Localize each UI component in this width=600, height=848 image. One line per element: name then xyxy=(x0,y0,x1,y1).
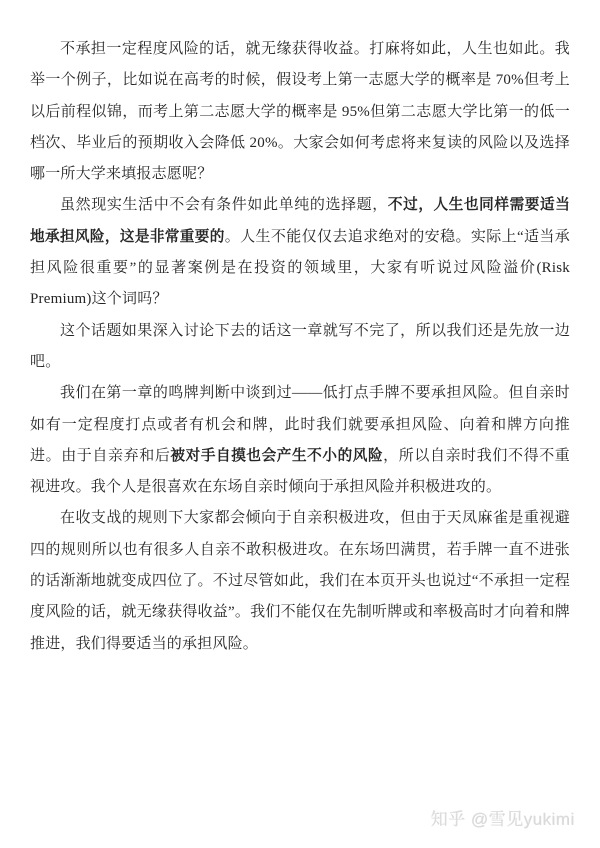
paragraph-p4: 我们在第一章的鸣牌判断中谈到过——低打点手牌不要承担风险。但自亲时如有一定程度打… xyxy=(30,378,570,503)
zhihu-watermark: 知乎 @雪见yukimi xyxy=(431,805,575,830)
paragraph-p3: 这个话题如果深入讨论下去的话这一章就写不完了，所以我们还是先放一边吧。 xyxy=(30,316,570,379)
document-page: 不承担一定程度风险的话，就无缘获得收益。打麻将如此，人生也如此。我举一个例子，比… xyxy=(0,0,600,848)
text-run: 在收支战的规则下大家都会倾向于自亲积极进攻，但由于天凤麻雀是重视避四的规则所以也… xyxy=(30,510,570,651)
bold-emphasis-run: 被对手自摸也会产生不小的风险 xyxy=(170,448,383,464)
paragraph-p1: 不承担一定程度风险的话，就无缘获得收益。打麻将如此，人生也如此。我举一个例子，比… xyxy=(30,34,570,190)
text-run: 不承担一定程度风险的话，就无缘获得收益。打麻将如此，人生也如此。我举一个例子，比… xyxy=(30,41,570,182)
paragraph-p2: 虽然现实生活中不会有条件如此单纯的选择题，不过，人生也同样需要适当地承担风险，这… xyxy=(30,190,570,315)
paragraph-p5: 在收支战的规则下大家都会倾向于自亲积极进攻，但由于天凤麻雀是重视避四的规则所以也… xyxy=(30,503,570,659)
article-text: 不承担一定程度风险的话，就无缘获得收益。打麻将如此，人生也如此。我举一个例子，比… xyxy=(30,34,570,660)
text-run: 这个话题如果深入讨论下去的话这一章就写不完了，所以我们还是先放一边吧。 xyxy=(30,323,570,370)
text-run: 虽然现实生活中不会有条件如此单纯的选择题， xyxy=(60,197,388,213)
